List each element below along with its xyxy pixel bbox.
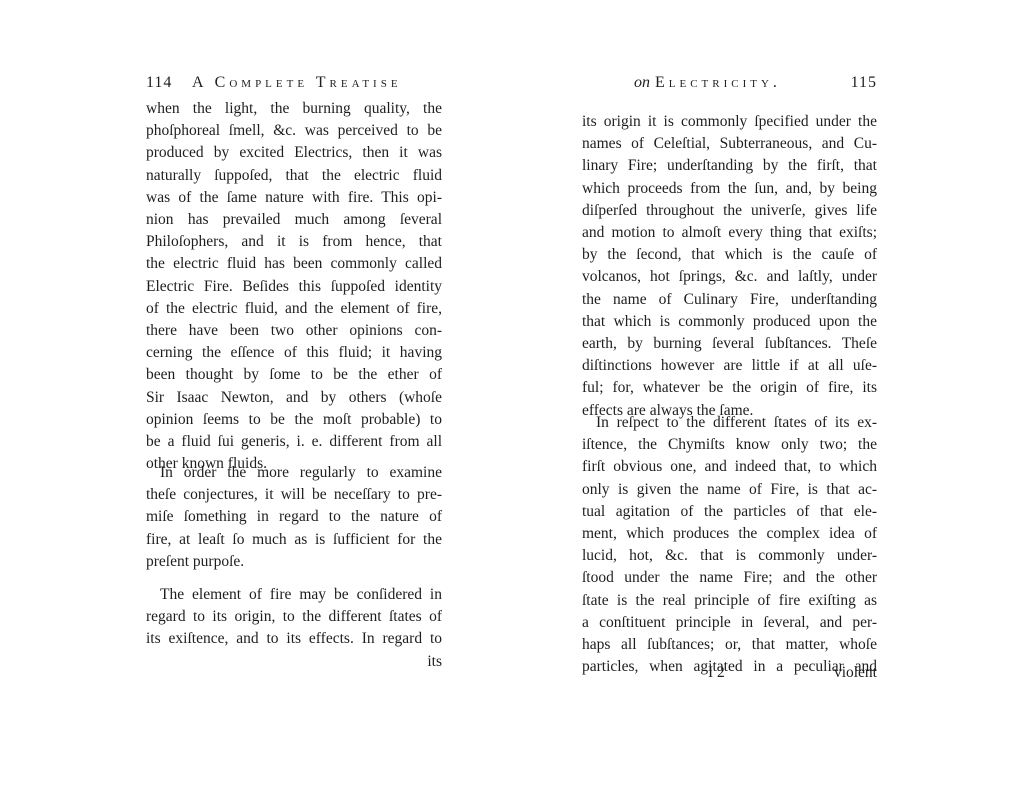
text-line: In reſpect to the different ſtates of it… [582, 412, 877, 434]
catchword: violent [834, 662, 877, 684]
signature-mark: I 2 [708, 662, 725, 684]
text-line: miſe ſomething in regard to the nature o… [146, 506, 442, 528]
running-head: on Electricity. [634, 74, 781, 92]
text-line: that which is commonly produced upon the [582, 311, 877, 333]
text-line: The element of fire may be conſidered in [146, 584, 442, 606]
text-line: phoſphoreal ſmell, &c. was perceived to … [146, 120, 442, 142]
text-line: which proceeds from the ſun, and, by bei… [582, 178, 877, 200]
text-line: diſtinctions however are little if at al… [582, 355, 877, 377]
page-number: 114 [146, 74, 172, 92]
running-head-prefix: on [634, 74, 650, 91]
text-line: preſent purpoſe. [146, 551, 442, 573]
text-line: In order the more regularly to examine [146, 462, 442, 484]
text-line: was of the ſame nature with fire. This o… [146, 187, 442, 209]
text-line: be a fluid ſui generis, i. e. different … [146, 431, 442, 453]
text-line: firſt obvious one, and indeed that, to w… [582, 456, 877, 478]
text-line: its origin it is commonly ſpecified unde… [582, 111, 877, 133]
text-line: produced by excited Electrics, then it w… [146, 142, 442, 164]
text-line: haps all ſubſtances; or, that matter, wh… [582, 634, 877, 656]
text-line: iſtence, the Chymiſts know only two; the [582, 434, 877, 456]
text-line: and motion to almoſt every thing that ex… [582, 222, 877, 244]
text-line: earth, by burning ſeveral ſubſtances. Th… [582, 333, 877, 355]
text-line: cerning the eſſence of this fluid; it ha… [146, 342, 442, 364]
text-line: only is given the name of Fire, is that … [582, 479, 877, 501]
text-line: ment, which produces the complex idea of [582, 523, 877, 545]
text-line: names of Celeſtial, Subterraneous, and C… [582, 133, 877, 155]
text-line: ful; for, whatever be the origin of fire… [582, 377, 877, 399]
text-line: the electric fluid has been commonly cal… [146, 253, 442, 275]
text-line: Sir Isaac Newton, and by others (whoſe [146, 387, 442, 409]
text-line: theſe conjectures, it will be neceſſary … [146, 484, 442, 506]
text-line: ſtood under the name Fire; and the other [582, 567, 877, 589]
text-line: tual agitation of the particles of that … [582, 501, 877, 523]
left-page-header: 114 A Complete Treatise [146, 74, 442, 96]
text-line: when the light, the burning quality, the [146, 98, 442, 120]
running-head-title: Electricity. [655, 74, 781, 91]
text-line: by the ſecond, that which is the cauſe o… [582, 244, 877, 266]
text-line: there have been two other opinions con- [146, 320, 442, 342]
running-head: A Complete Treatise [192, 74, 402, 92]
text-line: ſtate is the real principle of fire exiſ… [582, 590, 877, 612]
text-line: naturally ſuppoſed, that the electric fl… [146, 165, 442, 187]
text-line: its exiſtence, and to its effects. In re… [146, 628, 442, 650]
text-line: opinion ſeems to be the moſt probable) t… [146, 409, 442, 431]
text-line: Philoſophers, and it is from hence, that [146, 231, 442, 253]
text-line: been thought by ſome to be the ether of [146, 364, 442, 386]
text-line: linary Fire; underſtanding by the firſt,… [582, 155, 877, 177]
text-line: Electric Fire. Beſides this ſuppoſed ide… [146, 276, 442, 298]
text-line: lucid, hot, &c. that is commonly under- [582, 545, 877, 567]
right-page-footer: I 2 violent [582, 662, 877, 684]
text-line: nion has prevailed much among ſeveral [146, 209, 442, 231]
text-line: a conſtituent principle in ſeveral, and … [582, 612, 877, 634]
text-line: fire, at leaſt ſo much as is ſufficient … [146, 529, 442, 551]
text-line: regard to its origin, to the different ſ… [146, 606, 442, 628]
text-line: volcanos, hot ſprings, &c. and laſtly, u… [582, 266, 877, 288]
text-line: of the electric fluid, and the element o… [146, 298, 442, 320]
text-line: its [146, 651, 442, 673]
right-page-header: on Electricity. 115 [582, 74, 877, 96]
text-line: the name of Culinary Fire, underſtanding [582, 289, 877, 311]
text-line: diſperſed throughout the univerſe, gives… [582, 200, 877, 222]
page-number: 115 [851, 74, 877, 92]
